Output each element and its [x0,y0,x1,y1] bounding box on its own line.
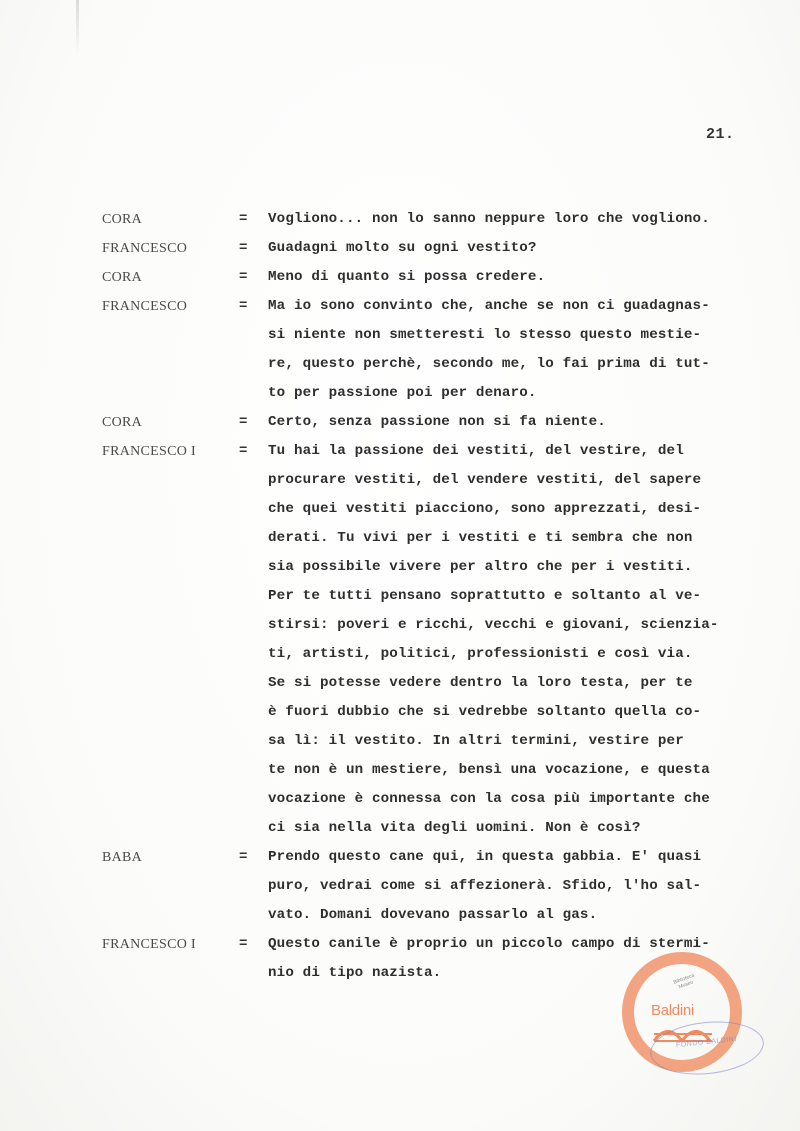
speaker-name: FRANCESCO I [102,930,196,959]
dialogue-line: Vogliono... non lo sanno neppure loro ch… [268,205,788,234]
dialogue-entry: CORA=Meno di quanto si possa credere. [0,263,800,292]
dialogue-entry: CORA=Vogliono... non lo sanno neppure lo… [0,205,800,234]
dialogue-line: che quei vestiti piacciono, sono apprezz… [268,495,788,524]
dialogue-line: si niente non smetteresti lo stesso ques… [268,321,788,350]
dialogue-separator: = [239,263,247,292]
dialogue-separator: = [239,437,247,466]
dialogue-text: Ma io sono convinto che, anche se non ci… [268,292,788,408]
dialogue-line: Certo, senza passione non si fa niente. [268,408,788,437]
dialogue-line: Per te tutti pensano soprattutto e solta… [268,582,788,611]
dialogue-line: stirsi: poveri e ricchi, vecchi e giovan… [268,611,788,640]
oval-stamp-text: FONDO BALDINI [650,1033,762,1052]
dialogue-separator: = [239,843,247,872]
dialogue-line: sa lì: il vestito. In altri termini, ves… [268,727,788,756]
dialogue-line: vocazione è connessa con la cosa più imp… [268,785,788,814]
speaker-name: FRANCESCO [102,234,187,263]
page-number: 21. [706,126,735,143]
dialogue-separator: = [239,292,247,321]
dialogue-line: Guadagni molto su ogni vestito? [268,234,788,263]
dialogue-entry: CORA=Certo, senza passione non si fa nie… [0,408,800,437]
dialogue-text: Guadagni molto su ogni vestito? [268,234,788,263]
dialogue-text: Prendo questo cane qui, in questa gabbia… [268,843,788,930]
dialogue-line: Ma io sono convinto che, anche se non ci… [268,292,788,321]
dialogue-line: Prendo questo cane qui, in questa gabbia… [268,843,788,872]
dialogue-separator: = [239,408,247,437]
dialogue-line: te non è un mestiere, bensì una vocazion… [268,756,788,785]
stamp-name: Baldini [651,1002,694,1019]
dialogue-text: Tu hai la passione dei vestiti, del vest… [268,437,788,843]
speaker-name: CORA [102,205,142,234]
dialogue-text: Certo, senza passione non si fa niente. [268,408,788,437]
dialogue-line: Meno di quanto si possa credere. [268,263,788,292]
dialogue-line: vato. Domani dovevano passarlo al gas. [268,901,788,930]
speaker-name: BABA [102,843,142,872]
dialogue-line: ti, artisti, politici, professionisti e … [268,640,788,669]
dialogue-line: to per passione poi per denaro. [268,379,788,408]
paper-crease [76,0,79,55]
speaker-name: CORA [102,408,142,437]
dialogue-line: è fuori dubbio che si vedrebbe soltanto … [268,698,788,727]
speaker-name: FRANCESCO [102,292,187,321]
document-page: 21. CORA=Vogliono... non lo sanno neppur… [0,0,800,1131]
dialogue-script: CORA=Vogliono... non lo sanno neppure lo… [0,205,800,988]
dialogue-line: derati. Tu vivi per i vestiti e ti sembr… [268,524,788,553]
dialogue-line: Tu hai la passione dei vestiti, del vest… [268,437,788,466]
dialogue-line: sia possibile vivere per altro che per i… [268,553,788,582]
dialogue-entry: FRANCESCO=Ma io sono convinto che, anche… [0,292,800,408]
dialogue-text: Meno di quanto si possa credere. [268,263,788,292]
dialogue-entry: FRANCESCO=Guadagni molto su ogni vestito… [0,234,800,263]
dialogue-line: puro, vedrai come si affezionerà. Sfido,… [268,872,788,901]
dialogue-entry: BABA=Prendo questo cane qui, in questa g… [0,843,800,930]
dialogue-line: re, questo perchè, secondo me, lo fai pr… [268,350,788,379]
dialogue-line: procurare vestiti, del vendere vestiti, … [268,466,788,495]
dialogue-line: Se si potesse vedere dentro la loro test… [268,669,788,698]
dialogue-separator: = [239,930,247,959]
dialogue-separator: = [239,234,247,263]
speaker-name: CORA [102,263,142,292]
speaker-name: FRANCESCO I [102,437,196,466]
dialogue-text: Vogliono... non lo sanno neppure loro ch… [268,205,788,234]
dialogue-separator: = [239,205,247,234]
dialogue-line: ci sia nella vita degli uomini. Non è co… [268,814,788,843]
dialogue-entry: FRANCESCO I=Tu hai la passione dei vesti… [0,437,800,843]
